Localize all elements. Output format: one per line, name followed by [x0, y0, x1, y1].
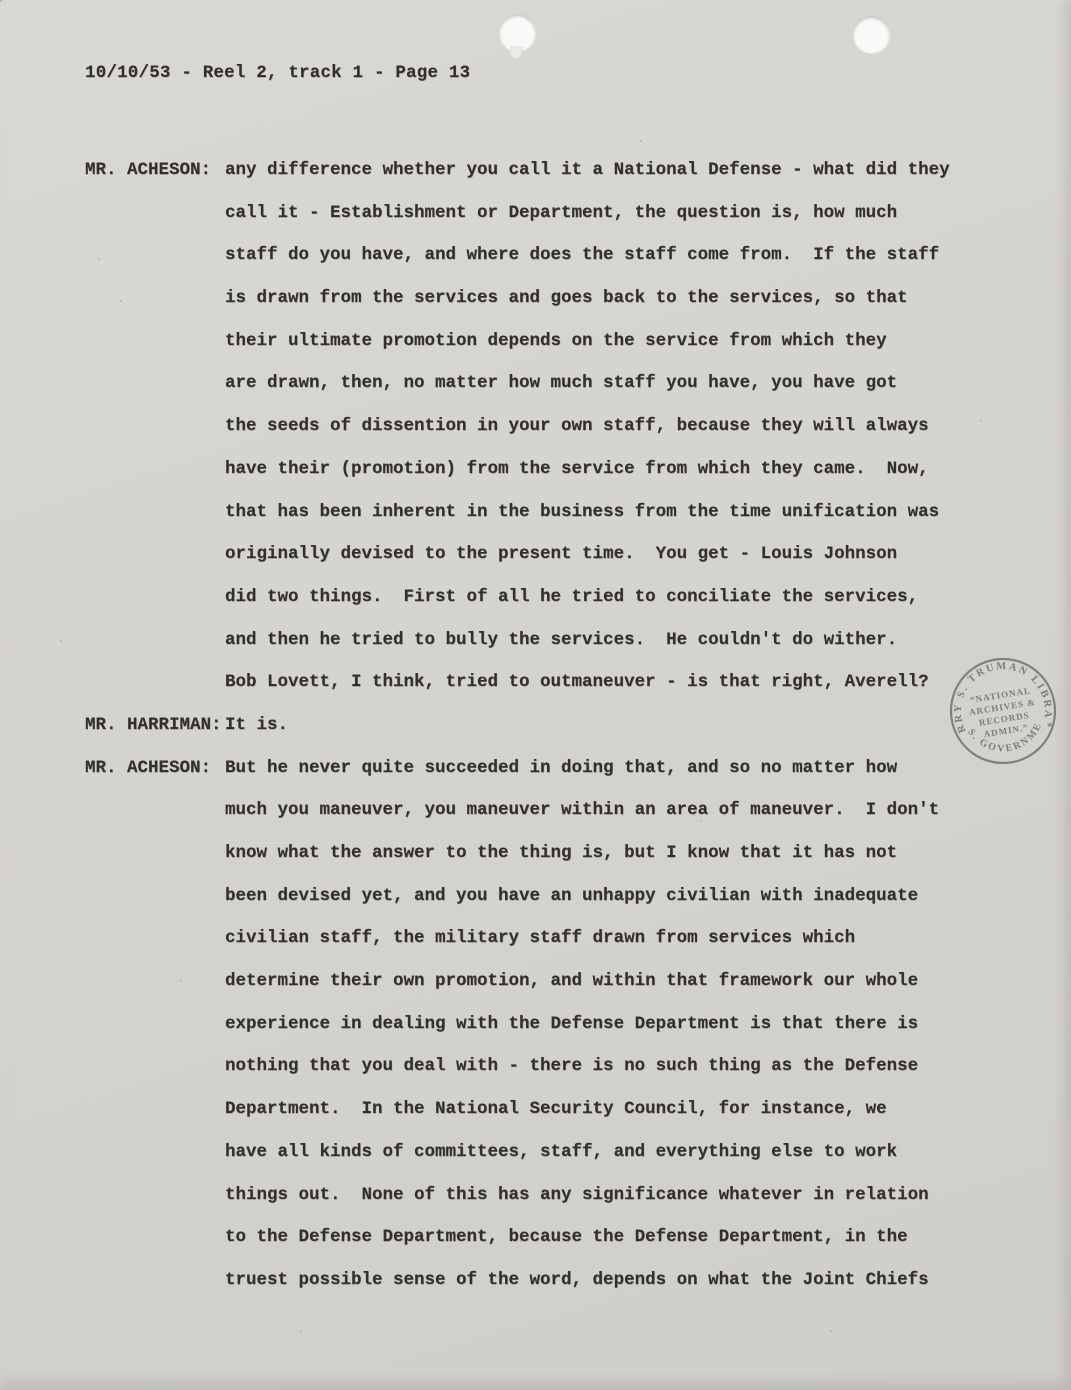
transcript-line: been devised yet, and you have an unhapp…	[85, 875, 1015, 918]
speaker-label: MR. ACHESON:	[85, 149, 211, 192]
punch-hole-tear	[509, 45, 523, 61]
transcript-line: things out. None of this has any signifi…	[85, 1174, 1015, 1217]
transcript-line: experience in dealing with the Defense D…	[85, 1003, 1015, 1046]
archive-stamp: HARRY S. TRUMAN LIBRARY U.S. GOVERNMENT …	[932, 640, 1071, 782]
transcript-line: It is.	[85, 704, 1015, 747]
paragraph: MR. HARRIMAN:It is.	[85, 704, 1015, 747]
transcript-line: call it - Establishment or Department, t…	[85, 192, 1015, 235]
transcript-line: are drawn, then, no matter how much staf…	[85, 362, 1015, 405]
paragraph: MR. ACHESON:any difference whether you c…	[85, 149, 1015, 704]
transcript-line: have all kinds of committees, staff, and…	[85, 1131, 1015, 1174]
transcript-line: much you maneuver, you maneuver within a…	[85, 789, 1015, 832]
transcript-line: Bob Lovett, I think, tried to outmaneuve…	[85, 661, 1015, 704]
page-header: 10/10/53 - Reel 2, track 1 - Page 13	[85, 58, 470, 88]
paragraph: MR. ACHESON:But he never quite succeeded…	[85, 747, 1015, 1302]
speaker-label: MR. ACHESON:	[85, 747, 211, 790]
transcript-line: to the Defense Department, because the D…	[85, 1216, 1015, 1259]
transcript-line: truest possible sense of the word, depen…	[85, 1259, 1015, 1302]
transcript-line: and then he tried to bully the services.…	[85, 619, 1015, 662]
transcript-line: determine their own promotion, and withi…	[85, 960, 1015, 1003]
transcript-line: Department. In the National Security Cou…	[85, 1088, 1015, 1131]
transcript-line: nothing that you deal with - there is no…	[85, 1045, 1015, 1088]
transcript-line: any difference whether you call it a Nat…	[85, 149, 1015, 192]
transcript-line: their ultimate promotion depends on the …	[85, 320, 1015, 363]
transcript-line: that has been inherent in the business f…	[85, 491, 1015, 534]
transcript-line: have their (promotion) from the service …	[85, 448, 1015, 491]
transcript-line: civilian staff, the military staff drawn…	[85, 917, 1015, 960]
punch-hole-right	[853, 16, 890, 53]
document-page: 10/10/53 - Reel 2, track 1 - Page 13 MR.…	[0, 0, 1071, 1390]
transcript-line: is drawn from the services and goes back…	[85, 277, 1015, 320]
transcript-line: did two things. First of all he tried to…	[85, 576, 1015, 619]
transcript-line: know what the answer to the thing is, bu…	[85, 832, 1015, 875]
paper-specks	[0, 0, 2, 2]
transcript-line: staff do you have, and where does the st…	[85, 234, 1015, 277]
transcript-line: originally devised to the present time. …	[85, 533, 1015, 576]
transcript: MR. ACHESON:any difference whether you c…	[85, 149, 1015, 1302]
speaker-label: MR. HARRIMAN:	[85, 704, 222, 747]
transcript-line: the seeds of dissention in your own staf…	[85, 405, 1015, 448]
transcript-line: But he never quite succeeded in doing th…	[85, 747, 1015, 790]
